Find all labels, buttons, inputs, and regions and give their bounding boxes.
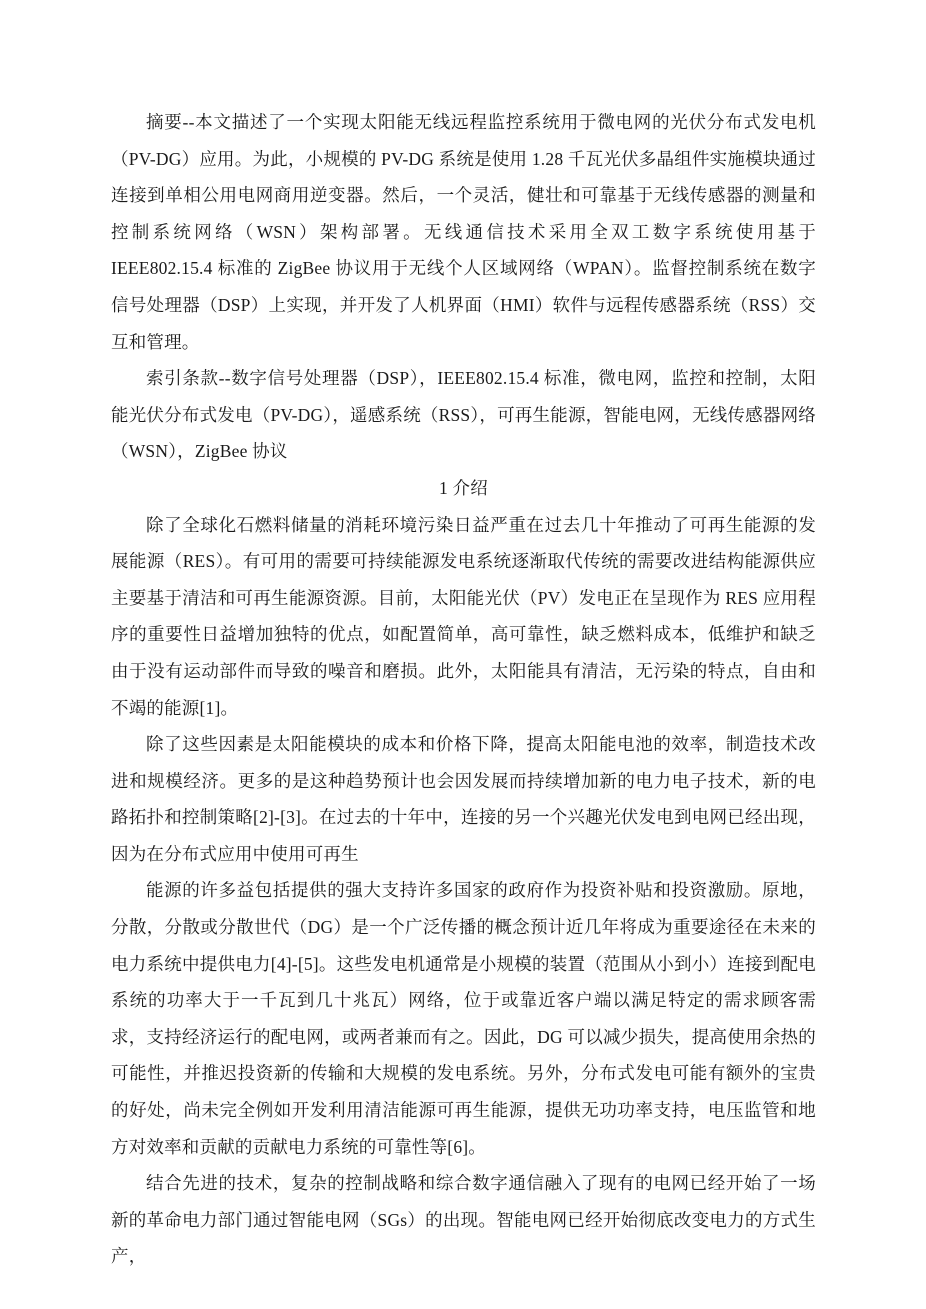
body-paragraph-4: 结合先进的技术，复杂的控制战略和综合数字通信融入了现有的电网已经开始了一场新的革… bbox=[111, 1165, 816, 1275]
body-paragraph-1: 除了全球化石燃料储量的消耗环境污染日益严重在过去几十年推动了可再生能源的发展能源… bbox=[111, 507, 816, 727]
document-text-block: 摘要--本文描述了一个实现太阳能无线远程监控系统用于微电网的光伏分布式发电机（P… bbox=[111, 104, 816, 1275]
abstract-paragraph: 摘要--本文描述了一个实现太阳能无线远程监控系统用于微电网的光伏分布式发电机（P… bbox=[111, 104, 816, 360]
body-paragraph-3: 能源的许多益包括提供的强大支持许多国家的政府作为投资补贴和投资激励。原地，分散，… bbox=[111, 872, 816, 1165]
document-page: 摘要--本文描述了一个实现太阳能无线远程监控系统用于微电网的光伏分布式发电机（P… bbox=[0, 0, 926, 1309]
section-heading: 1 介绍 bbox=[111, 470, 816, 507]
body-paragraph-2: 除了这些因素是太阳能模块的成本和价格下降，提高太阳能电池的效率，制造技术改进和规… bbox=[111, 726, 816, 872]
index-terms-paragraph: 索引条款--数字信号处理器（DSP），IEEE802.15.4 标准，微电网，监… bbox=[111, 360, 816, 470]
